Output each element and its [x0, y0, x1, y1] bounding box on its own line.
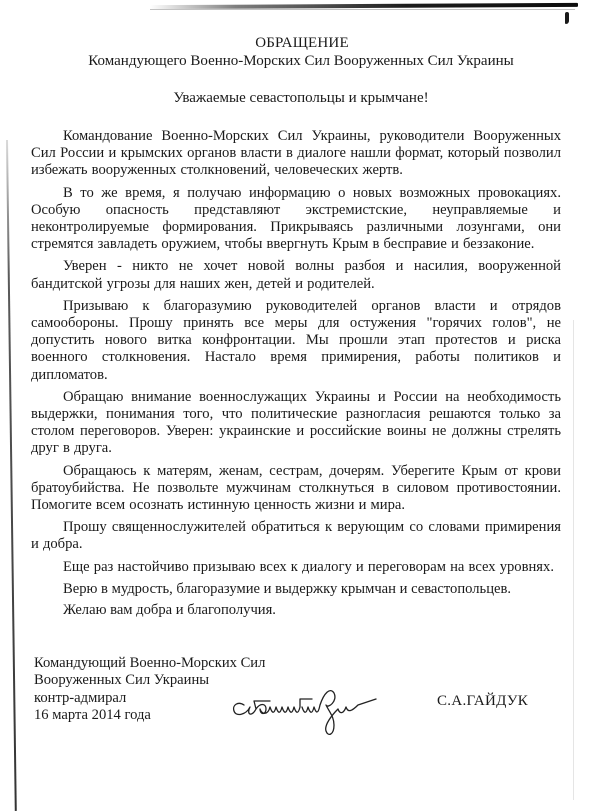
scan-right-fold-line [573, 320, 574, 800]
paragraph: Обращаюсь к матерям, женам, сестрам, доч… [31, 463, 561, 515]
paragraph: Призываю к благоразумию руководителей ор… [31, 298, 561, 384]
signatory-position-line-1: Командующий Военно-Морских Сил [34, 655, 554, 672]
paragraph: Командование Военно-Морских Сил Украины,… [31, 128, 561, 180]
paragraph: Еще раз настойчиво призываю всех к диало… [31, 559, 561, 576]
document-title: ОБРАЩЕНИЕ [31, 34, 561, 52]
greeting: Уважаемые севастопольцы и крымчане! [31, 89, 561, 107]
handwritten-signature-icon [230, 675, 380, 745]
signatory-name: С.А.ГАЙДУК [437, 692, 528, 710]
paragraph: Обращаю внимание военнослужащих Украины … [31, 389, 561, 458]
document-subtitle: Командующего Военно-Морских Сил Вооружен… [31, 52, 561, 70]
closing-line: Желаю вам добра и благополучия. [31, 602, 561, 619]
paragraph: Уверен - никто не хочет новой волны разб… [31, 258, 561, 292]
signature-block: Командующий Военно-Морских Сил Вооруженн… [34, 655, 554, 735]
closing-line: Верю в мудрость, благоразумие и выдержку… [31, 581, 561, 598]
scan-edge-mark [565, 12, 569, 24]
letter-document: ОБРАЩЕНИЕ Командующего Военно-Морских Си… [31, 34, 561, 623]
paragraph: В то же время, я получаю информацию о но… [31, 185, 561, 254]
paragraph: Прошу священнослужителей обратиться к ве… [31, 519, 561, 553]
scan-left-edge [6, 140, 16, 811]
scan-top-edge-shadow [150, 9, 575, 10]
